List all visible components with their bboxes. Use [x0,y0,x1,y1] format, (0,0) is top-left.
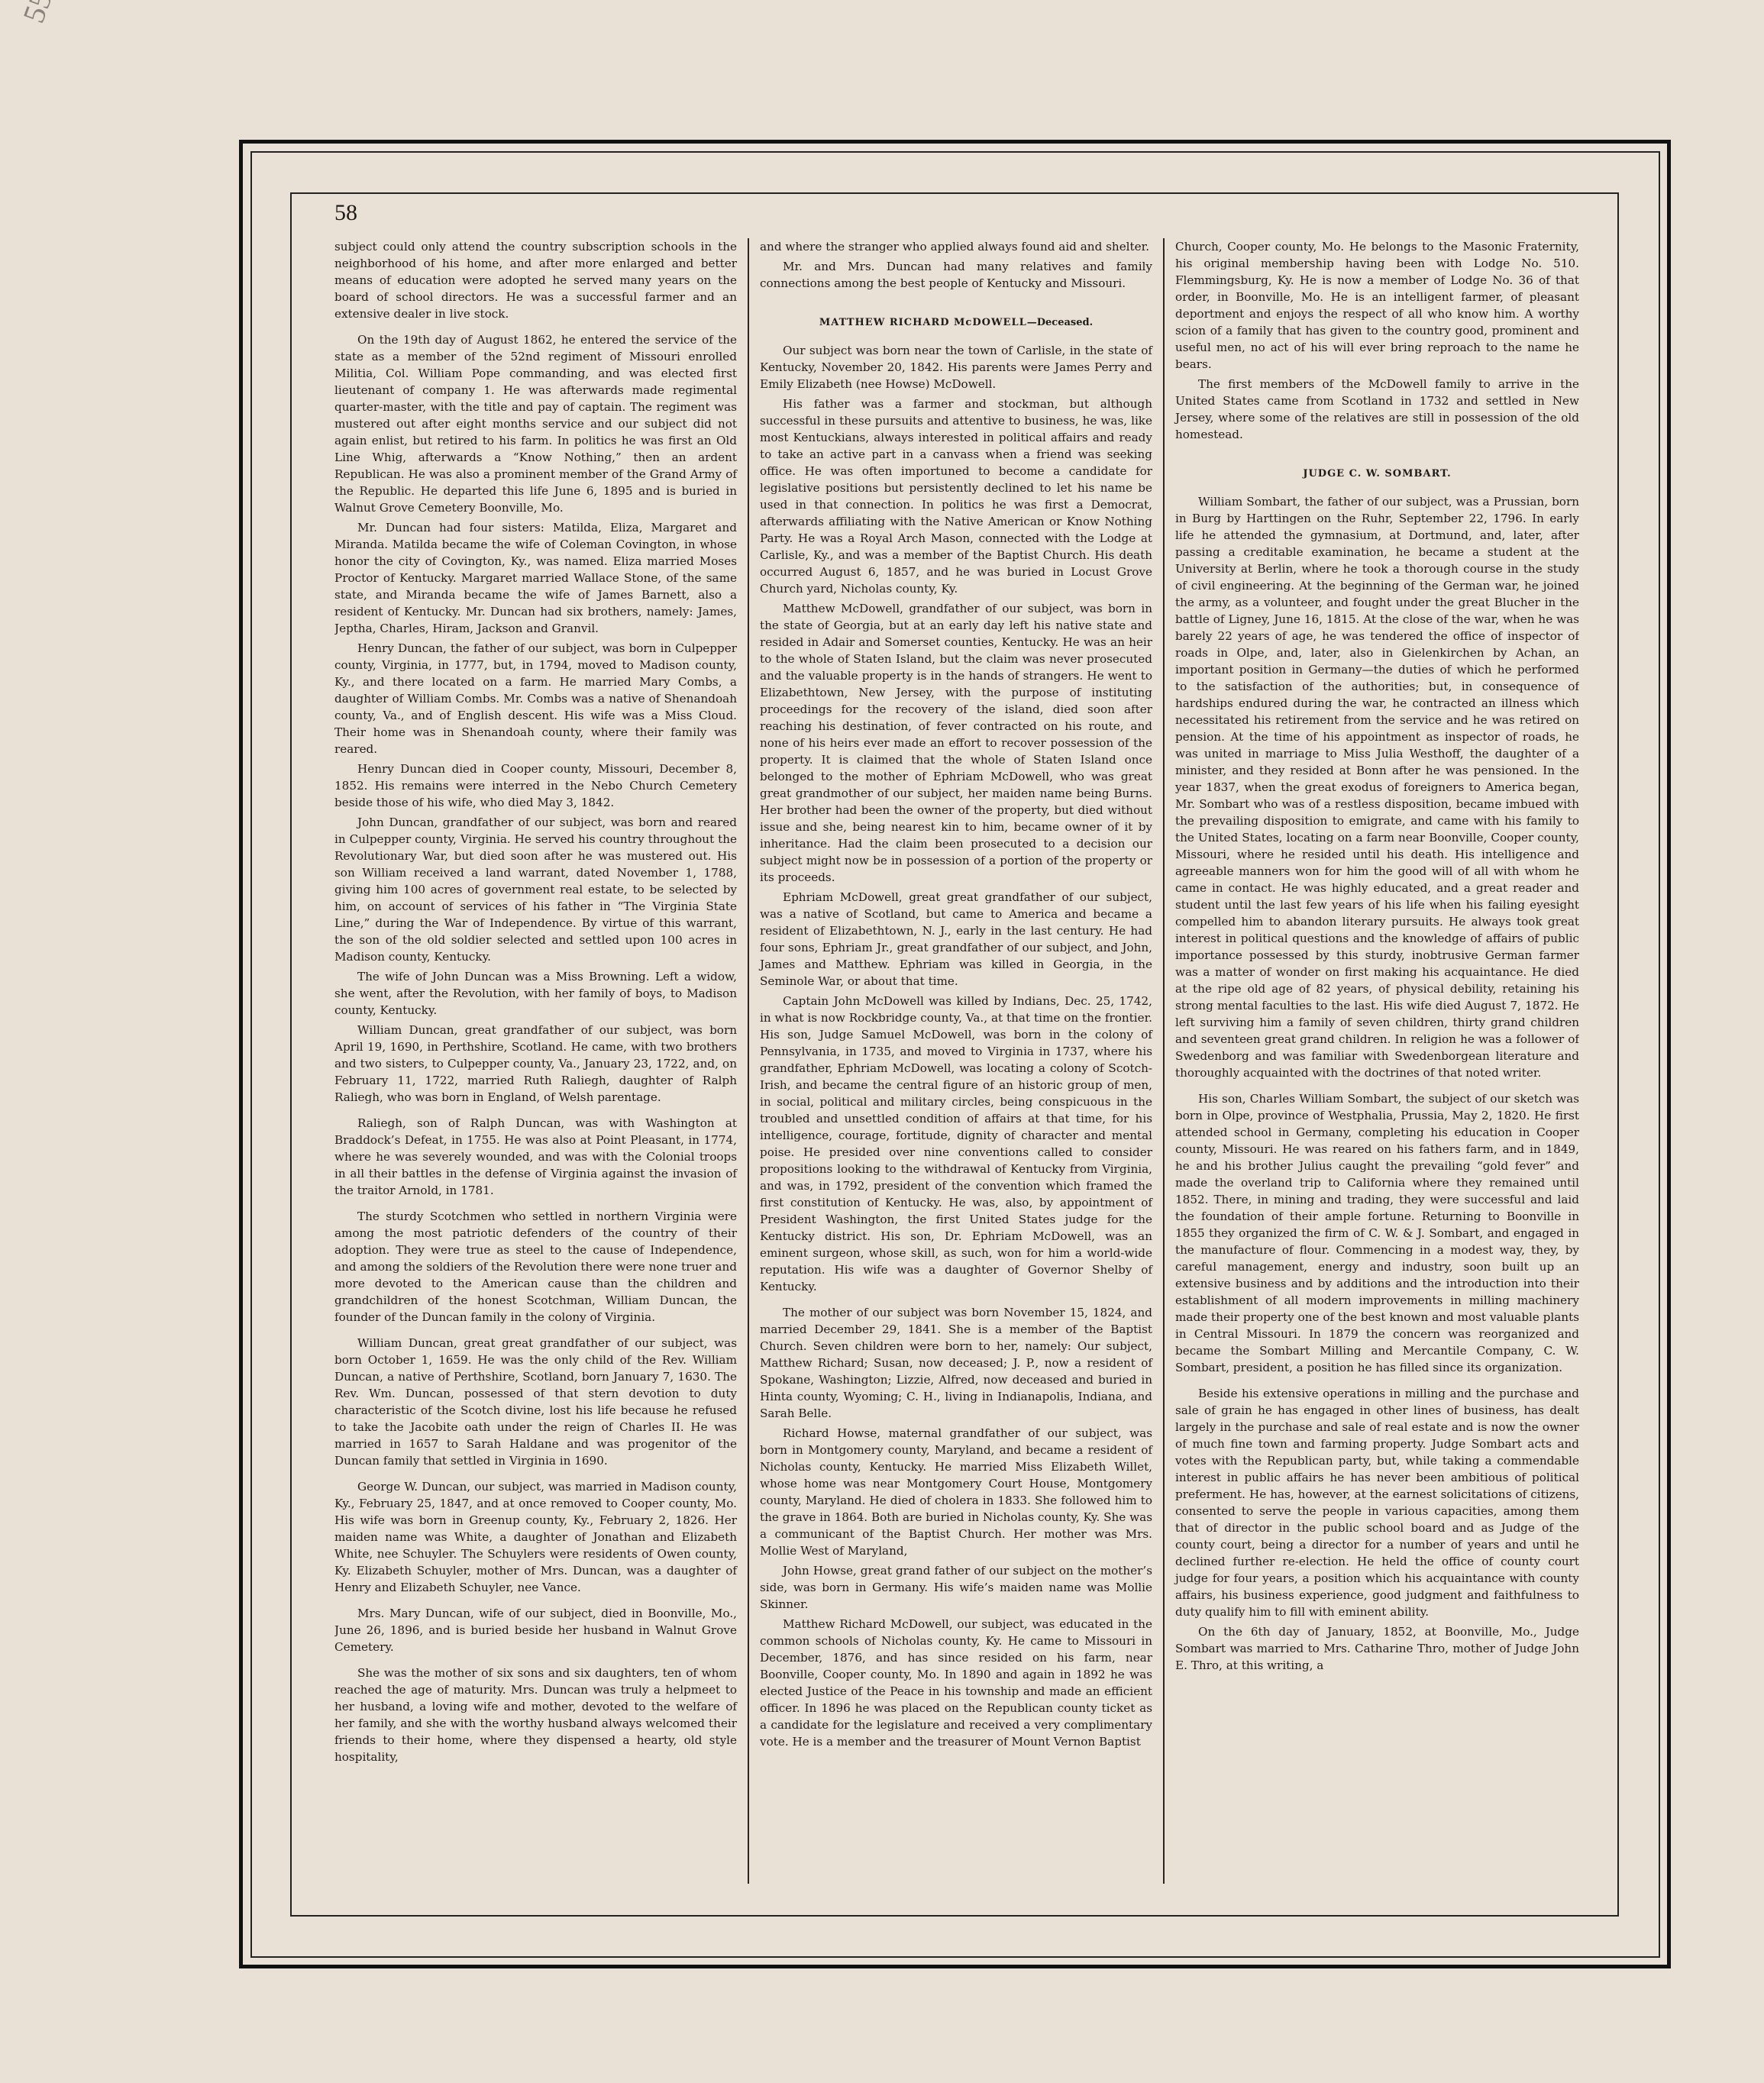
paragraph: She was the mother of six sons and six d… [334,1665,737,1765]
paragraph: Our subject was born near the town of Ca… [760,342,1152,392]
paragraph: The wife of John Duncan was a Miss Brown… [334,968,737,1019]
paragraph: Captain John McDowell was killed by Indi… [760,993,1152,1295]
paragraph: On the 19th day of August 1862, he enter… [334,331,737,516]
paragraph: The mother of our subject was born Novem… [760,1304,1152,1422]
paragraph: Mr. and Mrs. Duncan had many relatives a… [760,258,1152,292]
text-columns: subject could only attend the country su… [334,238,1579,1884]
paragraph: and where the stranger who applied alway… [760,238,1152,255]
paragraph: The first members of the McDowell family… [1175,376,1579,443]
paragraph: His father was a farmer and stockman, bu… [760,396,1152,597]
paragraph: The sturdy Scotchmen who settled in nort… [334,1208,737,1326]
paragraph: William Duncan, great great grandfather … [334,1335,737,1469]
heading-suffix: —Deceased. [1027,317,1093,328]
paragraph: Matthew Richard McDowell, our subject, w… [760,1616,1152,1750]
paragraph: Beside his extensive operations in milli… [1175,1385,1579,1620]
paragraph: On the 6th day of January, 1852, at Boon… [1175,1623,1579,1674]
column-2: and where the stranger who applied alway… [749,238,1165,1884]
paragraph: John Duncan, grandfather of our subject,… [334,814,737,965]
paragraph: Church, Cooper county, Mo. He belongs to… [1175,238,1579,373]
paragraph: Raliegh, son of Ralph Duncan, was with W… [334,1115,737,1199]
paragraph: Ephriam McDowell, great great grandfathe… [760,889,1152,990]
heading-name: MATTHEW RICHARD McDOWELL [819,317,1027,328]
paragraph: Mr. Duncan had four sisters: Matilda, El… [334,519,737,637]
paragraph: His son, Charles William Sombart, the su… [1175,1090,1579,1376]
page-number: 58 [334,200,357,226]
paragraph: William Duncan, great grandfather of our… [334,1022,737,1106]
paragraph: Henry Duncan died in Cooper county, Miss… [334,761,737,811]
section-heading-mcdowell: MATTHEW RICHARD McDOWELL—Deceased. [760,315,1152,331]
paragraph: Mrs. Mary Duncan, wife of our subject, d… [334,1605,737,1655]
paragraph: John Howse, great grand father of our su… [760,1562,1152,1613]
paragraph: Matthew McDowell, grandfather of our sub… [760,600,1152,886]
paragraph: Henry Duncan, the father of our subject,… [334,640,737,757]
paragraph: William Sombart, the father of our subje… [1175,493,1579,1081]
heading-name: JUDGE C. W. SOMBART. [1303,468,1451,480]
paragraph: George W. Duncan, our subject, was marri… [334,1478,737,1596]
section-heading-sombart: JUDGE C. W. SOMBART. [1175,466,1579,483]
column-1: subject could only attend the country su… [334,238,749,1884]
handwritten-margin-note: 55 [15,0,60,27]
column-3: Church, Cooper county, Mo. He belongs to… [1165,238,1579,1884]
paragraph: subject could only attend the country su… [334,238,737,322]
paragraph: Richard Howse, maternal grandfather of o… [760,1425,1152,1559]
